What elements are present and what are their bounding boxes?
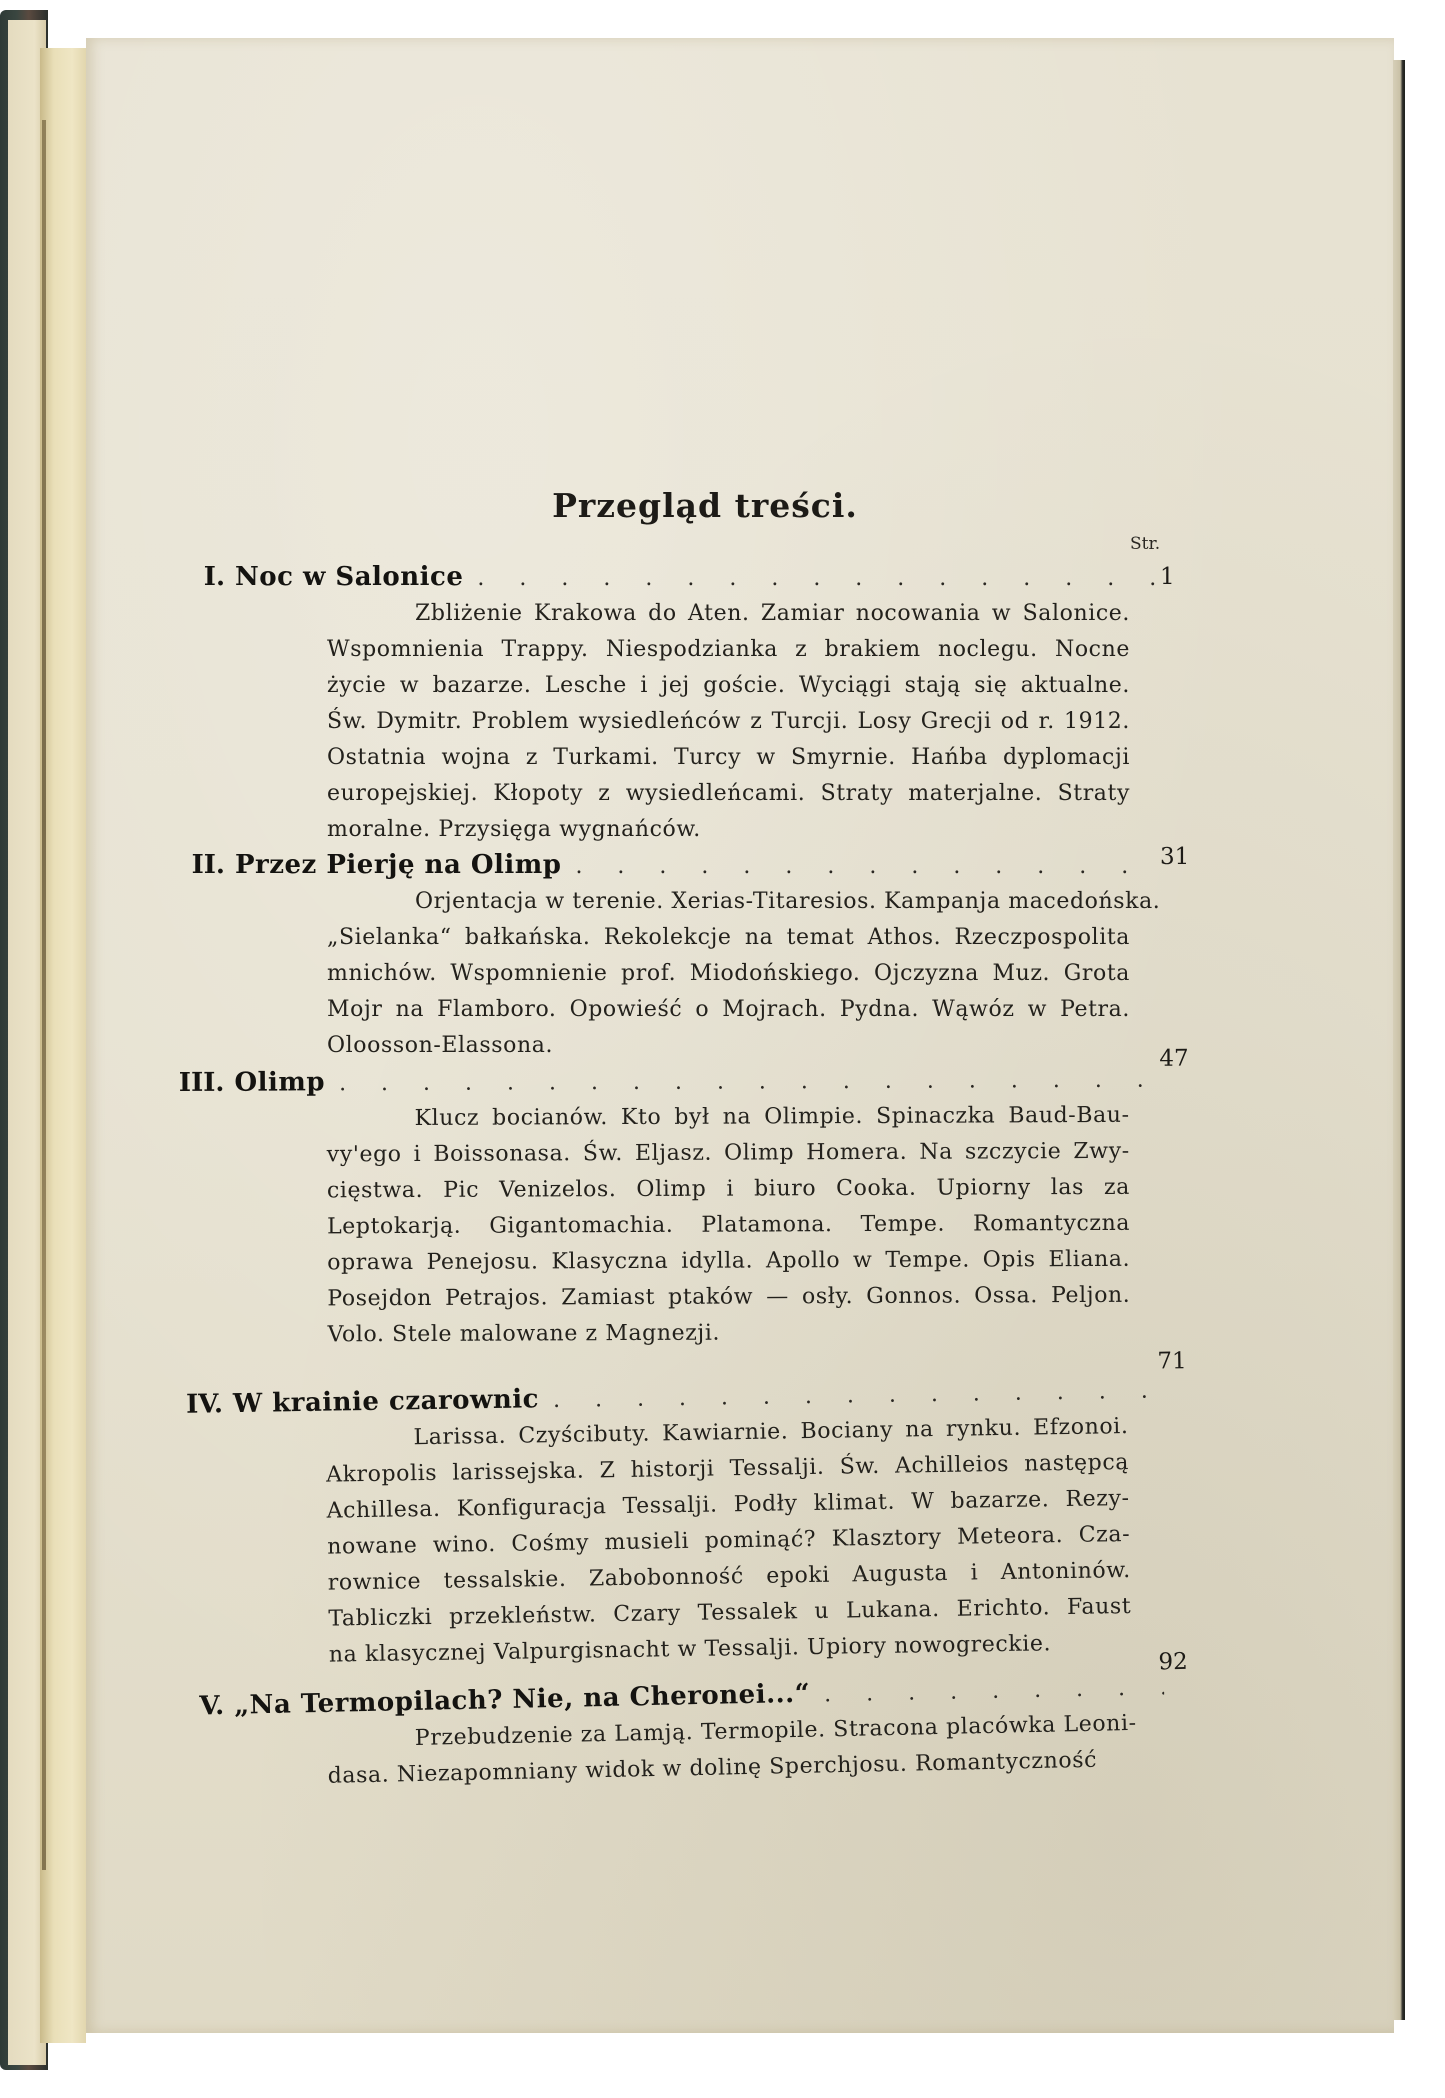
chapter-summary: Zbliżenie Krakowa do Aten. Zamiar nocowa… <box>327 596 1130 848</box>
chapter-page-number: 1 <box>1160 564 1200 590</box>
summary-line: Posejdon Petrajos. Zamiast ptaków — osły… <box>327 1278 1130 1318</box>
summary-line: Orjentacja w terenie. Xerias-Titaresios.… <box>327 884 1130 920</box>
chapter-page-number: 92 <box>1158 1649 1199 1676</box>
book-gutter <box>40 48 86 2043</box>
toc-entry-4: IV. W krainie czarownic . . . . . . . . … <box>173 1374 1177 1676</box>
chapter-number: I. <box>175 562 225 592</box>
summary-line: Wspomnienia Trappy. Niespodzianka z brak… <box>327 632 1130 668</box>
chapter-heading: III. Olimp . . . . . . . . . . . . . . .… <box>174 1064 1174 1102</box>
chapter-number: III. <box>174 1068 224 1098</box>
summary-line: cięstwa. Pic Venizelos. Olimp i biuro Co… <box>327 1170 1130 1210</box>
toc-entry-2: II. Przez Pierję na Olimp . . . . . . . … <box>175 850 1175 1064</box>
chapter-title: W krainie czarownic <box>233 1384 539 1419</box>
page-edge-right <box>1393 60 1405 2020</box>
summary-line: Św. Dymitr. Problem wysiedleńców z Turcj… <box>327 704 1130 740</box>
summary-line: Leptokarją. Gigantomachia. Platamona. Te… <box>327 1206 1130 1246</box>
chapter-summary: Orjentacja w terenie. Xerias-Titaresios.… <box>327 884 1130 1064</box>
summary-line: moralne. Przysięga wygnańców. <box>327 812 1130 848</box>
chapter-title: Olimp <box>234 1067 325 1097</box>
chapter-number: II. <box>175 850 225 880</box>
dot-leader: . . . . . . . . . . . . . . . . . . . . … <box>477 566 1165 591</box>
dot-leader: . . . . . . . . . . . . . . . . . . . . … <box>339 1068 1165 1097</box>
summary-line: Klucz bocianów. Kto był na Olimpie. Spin… <box>327 1098 1130 1138</box>
summary-line: europejskiej. Kłopoty z wysiedleńcami. S… <box>327 776 1130 812</box>
chapter-heading: II. Przez Pierję na Olimp . . . . . . . … <box>175 850 1175 884</box>
toc-entry-5: V. „Na Termopilach? Nie, na Cheronei...“… <box>174 1671 1176 1798</box>
summary-line: życie w bazarze. Lesche i jej goście. Wy… <box>327 668 1130 704</box>
toc-entry-1: I. Noc w Salonice . . . . . . . . . . . … <box>175 562 1175 848</box>
chapter-title: Noc w Salonice <box>235 562 463 592</box>
binding-thread <box>42 120 46 1870</box>
summary-line: oprawa Penejosu. Klasyczna idylla. Apoll… <box>327 1242 1130 1282</box>
summary-line: Oloosson-Elassona. <box>327 1028 1130 1064</box>
chapter-page-number: 71 <box>1157 1348 1197 1375</box>
chapter-page-number: 31 <box>1160 844 1200 870</box>
chapter-number: V. <box>174 1691 225 1722</box>
page-column-label: Str. <box>1130 534 1160 554</box>
summary-line: mnichów. Wspomnienie prof. Miodońskiego.… <box>327 956 1130 992</box>
dot-leader: . . . . . . . . . . . . . . . . . . . . … <box>553 1378 1163 1413</box>
dot-leader: . . . . . . . . . . . . . . . . . . <box>824 1675 1164 1707</box>
chapter-page-number: 47 <box>1159 1046 1199 1072</box>
summary-line: Zbliżenie Krakowa do Aten. Zamiar nocowa… <box>327 596 1130 632</box>
toc-entry-3: III. Olimp . . . . . . . . . . . . . . .… <box>174 1064 1175 1354</box>
summary-line: „Sielanka“ bałkańska. Rekolekcje na tema… <box>327 920 1130 956</box>
page-title: Przegląd treści. <box>175 486 1175 525</box>
summary-line: Mojr na Flamboro. Opowieść o Mojrach. Py… <box>327 992 1130 1028</box>
chapter-summary: Klucz bocianów. Kto był na Olimpie. Spin… <box>327 1098 1131 1354</box>
chapter-heading: I. Noc w Salonice . . . . . . . . . . . … <box>175 562 1175 596</box>
chapter-number: IV. <box>173 1389 223 1420</box>
chapter-summary: Larissa. Czyścibuty. Kawiarnie. Bociany … <box>325 1409 1132 1674</box>
summary-line: vy'ego i Boissonasa. Św. Eljasz. Olimp H… <box>327 1134 1130 1174</box>
chapter-title: Przez Pierję na Olimp <box>235 850 561 880</box>
dot-leader: . . . . . . . . . . . . . . . . . . . . … <box>575 854 1165 879</box>
summary-line: Ostatnia wojna z Turkami. Turcy w Smyrni… <box>327 740 1130 776</box>
summary-line: Volo. Stele malowane z Magnezji. <box>327 1314 1130 1354</box>
